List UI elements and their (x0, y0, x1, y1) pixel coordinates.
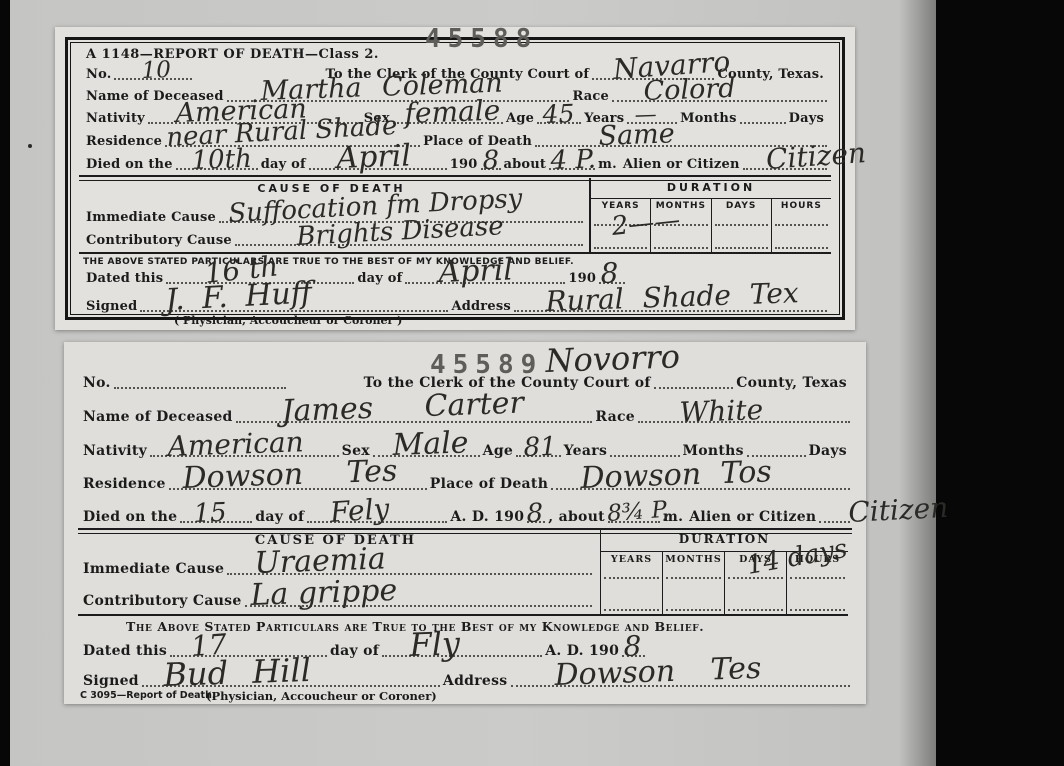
dotted-line (715, 247, 768, 249)
died-on-row: Died on the 10th day of April 190 8 abou… (83, 158, 827, 172)
died-month-handwriting: April (336, 144, 411, 172)
dotted-line (728, 609, 783, 611)
immediate-cause-line: Uraemia (227, 571, 592, 575)
residence-label: Residence (83, 135, 165, 149)
day-of-label: day of (258, 158, 309, 172)
died-month-handwriting: Fely (330, 497, 391, 525)
no-label: No. (80, 376, 114, 391)
time-line: 8¾ P, (608, 519, 660, 523)
address-line: Dowson Tes (511, 683, 851, 687)
dotted-line (790, 577, 845, 579)
dotted-line (654, 247, 707, 249)
citizen-handwriting: Citizen (765, 141, 866, 172)
duration-col-years-header: YEARS (601, 552, 662, 565)
address-handwriting: Dowson Tes (554, 656, 762, 689)
form-code-footer: C 3095—Report of Death. (80, 690, 215, 701)
duration-years-handwriting: 2—— (611, 209, 681, 238)
certificate-slip-martha-coleman: A 1148—REPORT OF DEATH—Class 2. 45588 No… (55, 27, 855, 330)
form-title-row: A 1148—REPORT OF DEATH—Class 2. (83, 48, 382, 62)
dated-day-of-label: day of (327, 644, 382, 659)
duration-col-days: DAYS (711, 199, 771, 252)
place-of-death-label: Place of Death (427, 477, 551, 492)
immediate-cause-label: Immediate Cause (80, 562, 227, 577)
duration-col-months: MONTHS (662, 552, 724, 615)
dated-label: Dated this (83, 272, 166, 286)
died-month-line: April (309, 166, 447, 170)
days-label: Days (806, 444, 850, 459)
dotted-line (775, 224, 828, 226)
name-line: James Carter (236, 419, 593, 423)
scanned-register-page: A 1148—REPORT OF DEATH—Class 2. 45588 No… (0, 0, 1064, 766)
time-handwriting: 8¾ P, (607, 501, 671, 525)
no-handwriting: 10 (142, 61, 172, 82)
duration-header: DURATION (591, 178, 831, 194)
year-digit-line: 8 (481, 166, 501, 170)
signature-line: Bud Hill (142, 683, 440, 687)
contributory-cause-row: Contributory Cause La grippe (80, 594, 592, 609)
citizen-line: Citizen (743, 166, 827, 170)
meridiem-label: m. (595, 158, 620, 172)
died-on-label: Died on the (83, 158, 176, 172)
citizen-label: Alien or Citizen (686, 510, 819, 525)
dotted-line (604, 609, 659, 611)
county-line (654, 385, 734, 389)
contributory-cause-label: Contributory Cause (83, 234, 235, 248)
signed-address-row: Signed Bud Hill Address Dowson Tes (80, 674, 850, 689)
months-line (740, 120, 786, 124)
signed-label: Signed (83, 300, 140, 314)
year-prefix-label: 190 (447, 158, 481, 172)
contributory-cause-row: Contributory Cause Brights Disease (83, 234, 583, 248)
name-label: Name of Deceased (80, 410, 236, 425)
age-label: Age (480, 444, 516, 459)
nativity-label: Nativity (80, 444, 150, 459)
duration-col-days-header: DAYS (712, 199, 771, 211)
months-label: Months (677, 112, 740, 126)
immediate-cause-handwriting: Uraemia (254, 547, 386, 577)
died-month-line: Fely (307, 519, 447, 523)
dotted-line (594, 247, 647, 249)
dated-month-handwriting: Fly (409, 630, 460, 659)
race-label: Race (569, 90, 612, 104)
sex-line: female (393, 120, 503, 124)
dotted-line (790, 609, 845, 611)
certificate-frame-outer: A 1148—REPORT OF DEATH—Class 2. 45588 No… (65, 37, 845, 320)
years-label: Years (561, 444, 611, 459)
place-of-death-handwriting: Dowson Tos (580, 460, 772, 492)
certificate-frame-inner: A 1148—REPORT OF DEATH—Class 2. 45588 No… (70, 42, 840, 315)
died-day-handwriting: 15 (194, 501, 228, 524)
race-handwriting: White (679, 398, 763, 425)
age-line: 45 (537, 120, 581, 124)
dotted-line (775, 247, 828, 249)
sex-handwriting: female (404, 99, 500, 126)
year-digit-handwriting: 8 (482, 149, 499, 172)
residence-label: Residence (80, 477, 169, 492)
duration-col-months-header: MONTHS (663, 552, 724, 565)
address-line: Rural Shade Tex (514, 308, 827, 312)
form-title: A 1148—REPORT OF DEATH—Class 2. (83, 48, 382, 62)
no-line: 10 (114, 76, 192, 80)
dotted-line (715, 224, 768, 226)
duration-table: DURATION YEARS MONTHS DAYS (600, 529, 848, 615)
died-day-line: 10th (176, 166, 258, 170)
residence-line: Dowson Tes (169, 486, 427, 490)
physician-note: (Physician, Accoucheur or Coroner) (206, 689, 437, 703)
days-label: Days (786, 112, 827, 126)
name-race-row: Name of Deceased James Carter Race White (80, 410, 850, 425)
place-of-death-line: Dowson Tos (551, 486, 850, 490)
no-label: No. (83, 68, 114, 82)
race-handwriting: Colord (643, 78, 736, 104)
ad-year-label: A. D. 190 (447, 510, 527, 525)
contributory-cause-line: Brights Disease (235, 242, 583, 246)
about-label: , about (545, 510, 608, 525)
duration-col-hours: HOURS (771, 199, 831, 252)
certificate-1-content: A 1148—REPORT OF DEATH—Class 2. 45588 No… (79, 46, 831, 311)
signed-label: Signed (80, 674, 142, 689)
died-on-row: Died on the 15 day of Fely A. D. 190 8 ,… (80, 510, 850, 525)
died-day-handwriting: 10th (191, 147, 252, 171)
residence-row: Residence Dowson Tes Place of Death Dows… (80, 477, 850, 492)
age-line: 81 (516, 453, 560, 457)
county-suffix-label: County, Texas (733, 376, 850, 391)
registration-number-stamp: 45588 (425, 26, 538, 52)
died-on-label: Died on the (80, 510, 180, 525)
certificate-2-content: 45589 Novorro No. To the Clerk of the Co… (78, 346, 852, 700)
signature-handwriting: Bud Hill (163, 656, 311, 688)
dated-month-handwriting: April (438, 258, 513, 286)
duration-col-years: YEARS (601, 552, 662, 615)
years-line (610, 453, 679, 457)
dated-label: Dated this (80, 644, 170, 659)
county-handwriting: Novorro (545, 343, 680, 375)
dotted-line (604, 577, 659, 579)
contributory-cause-handwriting: La grippe (250, 578, 397, 609)
duration-table: DURATION YEARS MONTHS (589, 178, 831, 252)
citizen-label: Alien or Citizen (620, 158, 743, 172)
no-line (114, 385, 286, 389)
day-of-label: day of (252, 510, 307, 525)
ink-speck (28, 144, 32, 148)
contributory-cause-label: Contributory Cause (80, 594, 245, 609)
race-label: Race (592, 410, 638, 425)
dotted-line (666, 577, 721, 579)
citizen-line: Citizen (819, 519, 850, 523)
signed-address-row: Signed J. F. Huff Address Rural Shade Te… (83, 300, 827, 314)
dated-day-of-label: day of (354, 272, 405, 286)
residence-handwriting: Dowson Tes (182, 459, 398, 492)
address-label: Address (448, 300, 513, 314)
nativity-label: Nativity (83, 112, 148, 126)
race-line: Colord (612, 98, 827, 102)
dated-month-line: Fly (382, 653, 542, 657)
nativity-handwriting: American (167, 430, 304, 459)
time-line: 4 P. (549, 166, 595, 170)
immediate-cause-label: Immediate Cause (83, 211, 219, 225)
race-line: White (638, 419, 850, 423)
died-day-line: 15 (180, 519, 252, 523)
certificate-slip-james-carter: 45589 Novorro No. To the Clerk of the Co… (64, 342, 866, 704)
time-handwriting: 4 P. (550, 148, 596, 172)
signature-handwriting: J. F. Huff (165, 280, 313, 313)
contributory-cause-handwriting: Brights Disease (296, 215, 504, 248)
duration-col-hours-header: HOURS (772, 199, 831, 211)
age-handwriting: 81 (523, 435, 557, 458)
contributory-cause-line: La grippe (245, 603, 592, 607)
age-label: Age (503, 112, 537, 126)
about-label: about (501, 158, 550, 172)
signature-line: J. F. Huff (140, 308, 448, 312)
place-of-death-handwriting: Same (598, 123, 675, 149)
address-label: Address (440, 674, 511, 689)
dotted-line (666, 609, 721, 611)
address-handwriting: Rural Shade Tex (545, 281, 799, 314)
physician-note: ( Physician, Accoucheur or Coroner ) (174, 314, 402, 327)
citizen-handwriting: Citizen (848, 496, 949, 525)
year-digit-handwriting: 8 (526, 502, 543, 525)
sex-handwriting: Male (392, 431, 469, 459)
age-handwriting: 45 (542, 103, 575, 125)
year-digit-line: 8 (527, 519, 545, 523)
deceased-name-handwriting: James Carter (281, 391, 524, 425)
dated-month-line: April (405, 280, 565, 284)
place-of-death-label: Place of Death (420, 135, 535, 149)
